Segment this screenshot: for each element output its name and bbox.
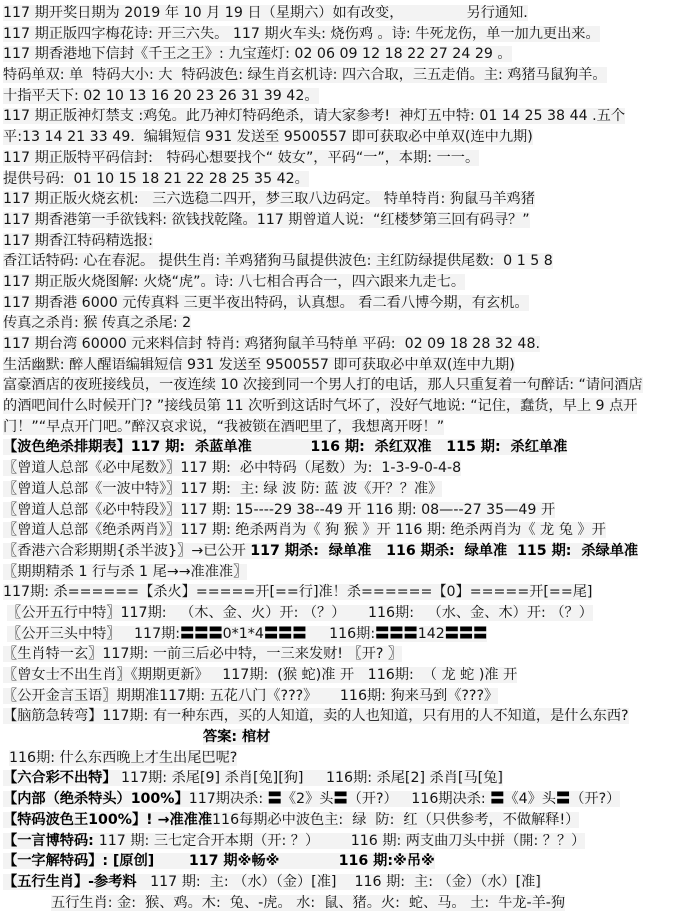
text-segment: 五行生肖: 金: 猴、鸡。木: 兔、-虎。 水: 鼠、猪。火: 蛇、马。 土: …: [51, 895, 565, 911]
text-segment: 117 期香港地下信封《千王之王》: 九宝莲灯: 02 06 09 12 18 …: [3, 46, 512, 62]
text-segment: 117 期正版特平码信封: 特码心想要找个“ 妓女”，平码“一”，本期: 一一。: [3, 150, 479, 166]
neibu-juesha-tetou-line: 【内部（绝杀特头）100%】117期决杀: 〓《2》头〓（开?） 116期决杀:…: [3, 789, 688, 810]
text-segment: （开?） 116期决杀:: [348, 791, 491, 807]
provided-numbers-line: 提供号码: 01 10 15 18 21 22 28 25 35 42。: [3, 169, 688, 190]
text-segment: 十指平天下: 02 10 13 16 20 23 26 31 39 42。: [3, 88, 319, 104]
text-segment: 【一字解特码】: [原创] 117 期※畅※ 116 期:※吊※: [3, 853, 435, 869]
text-segment: 116期: 什么东西晚上才生出尾巴呢?: [9, 750, 237, 766]
text-segment: 117期: 杀======【杀火】=====开[==行]准！杀======【0】…: [3, 584, 592, 600]
riddle-answer-line: 答案: 棺材: [3, 727, 688, 748]
text-segment: 【六合彩不出特】: [3, 770, 117, 786]
text-segment: 【波色绝杀排期表】117 期: 杀蓝单准: [3, 439, 252, 455]
wuxing-shengxiao-detail-line: 五行生肖: 金: 猴、鸡。木: 兔、-虎。 水: 鼠、猪。火: 蛇、马。 土: …: [3, 893, 688, 914]
text-segment: 《4》头: [504, 791, 556, 807]
meihua-poem-line: 117 期正版四字梅花诗: 开三六失。 117 期火车头: 烧伤鸡 。诗: 牛死…: [3, 24, 688, 45]
text-segment: 【一言博特码:: [3, 833, 99, 849]
text-segment: 〖生肖特一玄〗117期: 一前三后必中特，一三来发财! 〖开? 〗: [3, 646, 402, 662]
chuanzhen-sha-line: 传真之杀肖: 猴 传真之杀尾: 2: [3, 313, 688, 334]
text-segment: 〖曾道人总部《必中尾数》〗117 期: 必中特码（尾数）为: 1-3-9-0-4…: [3, 460, 461, 476]
text-segment: 117期: 杀尾[9] 杀肖[兔][狗] 116期: 杀尾[2] 杀肖[马[兔]: [117, 770, 503, 786]
text-segment: 【特码波色王100%】! →准准准: [3, 812, 212, 828]
wuxing-shengxiao-header-line: 【五行生肖】-参考料 117 期: 主: （水）（金）[准] 116 期: 主:…: [3, 872, 688, 893]
text-segment: 香江话特码: 心在春泥。 提供生肖: 羊鸡猪狗马鼠提供波色: 主红防绿提供尾数:…: [3, 253, 553, 269]
humor-story-line-1: 富豪酒店的夜班接线员，一夜连续 10 次接到同一个男人打的电话，那人只重复着一句…: [3, 375, 688, 396]
naojin-riddle-line: 【脑筋急转弯】117期: 有一种东西，买的人知道，卖的人也知道，只有用的人不知道…: [3, 706, 688, 727]
shengxiao-teyixuan-line: 〖生肖特一玄〗117期: 一前三后必中特，一三来发财! 〖开? 〗: [3, 644, 688, 665]
text-segment: 〖公开金言玉语〗期期准117期: 五花八门《???》 116期: 狗来马到《??…: [3, 688, 498, 704]
yibo-zhongte-line: 〖曾道人总部《一波中特》〗117 期: 主: 绿 波 防: 蓝 波《开？？准》: [3, 479, 688, 500]
text-segment: 0*1*4: [223, 626, 264, 642]
humor-story-line-3: 门！”“早点开门吧。”醉汉哀求说，“我被锁在酒吧里了，我想离开呀！”: [3, 417, 688, 438]
text-segment: 【脑筋急转弯】117期: 有一种东西，买的人知道，卖的人也知道，只有用的人不知道…: [3, 708, 629, 724]
shendeng-jinzhi-line: 117 期正版神灯禁支 :鸡兔。此乃神灯特码绝杀，请大家参考! 神灯五中特: 0…: [3, 106, 688, 127]
jingsha-detail-line: 117期: 杀======【杀火】=====开[==行]准！杀======【0】…: [3, 582, 688, 603]
juesha-liangxiao-line: 〖曾道人总部《绝杀两肖》〗117 期: 绝杀两肖为《 狗 猴 》开 116 期:…: [3, 520, 688, 541]
text-segment: 〓〓〓: [445, 626, 488, 642]
text-segment: 提供号码: 01 10 15 18 21 22 28 25 35 42。: [3, 171, 309, 187]
text-segment: 生活幽默: 醉人醒语编辑短信 931 发送至 9500557 即可获取必中单双(…: [3, 357, 515, 373]
text-segment: 〖公开三头中特〗 117期:: [7, 626, 180, 642]
shabanbo-line: 〖香港六合彩期期{杀半波}〗→已公开 117 期杀: 绿单准 116 期杀: 绿…: [3, 541, 688, 562]
text-segment: 117 期正版火烧玄机: 三六选稳二四开，梦三取八边码定。 特单特肖: 狗鼠马羊…: [3, 191, 535, 207]
huoshao-tujie-line: 117 期正版火烧图解: 火烧“虎”。诗: 八七相合再合一，四六跟来九走七。: [3, 272, 688, 293]
xiangjiang-report-line: 117 期香江特码精选报:: [3, 231, 688, 252]
text-segment: 门！”“早点开门吧。”醉汉哀求说，“我被锁在酒吧里了，我想离开呀！”: [3, 419, 444, 435]
humor-story-line-2: 的酒吧间什么时候开门? ”接线员第 11 次听到这话时气坏了，没好气地说: “记…: [3, 396, 688, 417]
bose-jueshao-line: 【波色绝杀排期表】117 期: 杀蓝单准 116 期: 杀红双准 115 期: …: [3, 437, 688, 458]
text-segment: 117 期杀: 绿单准 116 期杀: 绿单准 115 期: 杀绿单准: [250, 543, 638, 559]
text-segment: 〓〓〓: [180, 626, 223, 642]
text-segment: 〖期期精杀 1 行与杀 1 尾→→准准准〗: [3, 564, 247, 580]
text-segment: 116期:: [307, 626, 376, 642]
buchu-te-line: 【六合彩不出特】 117期: 杀尾[9] 杀肖[兔][狗] 116期: 杀尾[2…: [3, 768, 688, 789]
text-segment: 〖曾道人总部《必中特段》〗117 期: 15----29 38--49 开 11…: [3, 502, 555, 518]
text-segment: 116 期: 杀红双准 115 期: 杀红单准: [310, 439, 567, 455]
text-segment: 的酒吧间什么时候开门? ”接线员第 11 次听到这话时气坏了，没好气地说: “记…: [3, 398, 637, 414]
text-segment: 平:13 14 21 33 49. 编辑短信 931 发送至 9500557 即…: [3, 129, 533, 145]
text-segment: 〖曾女士不出生肖〗《期期更新》 117期: (猴 蛇)准 开 116期: （ 龙…: [3, 667, 517, 683]
humor-header-line: 生活幽默: 醉人醒语编辑短信 931 发送至 9500557 即可获取必中单双(…: [3, 355, 688, 376]
santou-zhongte-line: 〖公开三头中特〗 117期:〓〓〓0*1*4〓〓〓 116期:〓〓〓142〓〓〓: [3, 624, 688, 645]
text-segment: 富豪酒店的夜班接线员，一夜连续 10 次接到同一个男人打的电话，那人只重复着一句…: [3, 377, 643, 393]
yizi-jie-tema-line: 【一字解特码】: [原创] 117 期※畅※ 116 期:※吊※: [3, 851, 688, 872]
yiyan-bo-tema-line: 【一言博特码: 117 期: 三七定合开本期（开: ？） 116 期: 两支曲刀…: [3, 831, 688, 852]
text-segment: 116每期必中波色主: 绿 防: 红（只供参考，不做解释!）: [212, 812, 579, 828]
text-segment: 传真之杀肖: 猴 传真之杀尾: 2: [3, 315, 191, 331]
text-segment: 117 期香港 6000 元传真料 三更半夜出特码，认真想。 看二看八博今期，有…: [3, 295, 529, 311]
text-segment: 117 期台湾 60000 元来料信封 特肖: 鸡猪狗鼠羊马特单 平码: 02 …: [3, 336, 540, 352]
text-segment: 〓〓〓: [264, 626, 307, 642]
chuanzhen-liao-line: 117 期香港 6000 元传真料 三更半夜出特码，认真想。 看二看八博今期，有…: [3, 293, 688, 314]
bizhong-weishu-line: 〖曾道人总部《必中尾数》〗117 期: 必中特码（尾数）为: 1-3-9-0-4…: [3, 458, 688, 479]
xiangjiang-detail-line: 香江话特码: 心在春泥。 提供生肖: 羊鸡猪狗马鼠提供波色: 主红防绿提供尾数:…: [3, 251, 688, 272]
lottery-tip-sheet: 117 期开奖日期为 2019 年 10 月 19 日（星期六）如有改变， 另行…: [0, 0, 688, 917]
text-segment: 142: [418, 626, 445, 642]
tepingma-envelope-line: 117 期正版特平码信封: 特码心想要找个“ 妓女”，平码“一”，本期: 一一。: [3, 148, 688, 169]
hongkong-envelope-line: 117 期香港地下信封《千王之王》: 九宝莲灯: 02 06 09 12 18 …: [3, 44, 688, 65]
zengnvshi-line: 〖曾女士不出生肖〗《期期更新》 117期: (猴 蛇)准 开 116期: （ 龙…: [3, 665, 688, 686]
text-segment: 〓: [556, 791, 570, 807]
text-segment: 【五行生肖】-参考料: [3, 874, 137, 890]
wuxing-zhongte-line: 〖公开五行中特〗117期: （木、金、火）开: （？） 116期: （水、金、木…: [3, 603, 688, 624]
shizhi-numbers-line: 十指平天下: 02 10 13 16 20 23 26 31 39 42。: [3, 86, 688, 107]
text-segment: 〓〓〓: [375, 626, 418, 642]
shendeng-ping-line: 平:13 14 21 33 49. 编辑短信 931 发送至 9500557 即…: [3, 127, 688, 148]
text-segment: 117 期: 主: （水）（金）[准] 116 期: 主: （金）（水）[准]: [137, 874, 541, 890]
jinyan-yuyu-line: 〖公开金言玉语〗期期准117期: 五花八门《???》 116期: 狗来马到《??…: [3, 686, 688, 707]
text-segment: 答案: 棺材: [203, 729, 270, 745]
text-segment: 〖香港六合彩期期{杀半波}〗→已公开: [3, 543, 250, 559]
text-segment: 《2》头: [282, 791, 334, 807]
huoshao-xuanji-line: 117 期正版火烧玄机: 三六选稳二四开，梦三取八边码定。 特单特肖: 狗鼠马羊…: [3, 189, 688, 210]
text-segment: 〓: [490, 791, 504, 807]
text-segment: 〓: [333, 791, 347, 807]
text-segment: 〖曾道人总部《一波中特》〗117 期: 主: 绿 波 防: 蓝 波《开？？准》: [3, 481, 442, 497]
text-segment: 117 期正版四字梅花诗: 开三六失。 117 期火车头: 烧伤鸡 。诗: 牛死…: [3, 26, 600, 42]
draw-date-notice: 117 期开奖日期为 2019 年 10 月 19 日（星期六）如有改变， 另行…: [3, 3, 688, 24]
text-segment: 〖曾道人总部《绝杀两肖》〗117 期: 绝杀两肖为《 狗 猴 》开 116 期:…: [3, 522, 606, 538]
taiwan-lailiao-line: 117 期台湾 60000 元来料信封 特肖: 鸡猪狗鼠羊马特单 平码: 02 …: [3, 334, 688, 355]
text-segment: 特码单双: 单 特码大小: 大 特码波色: 绿生肖玄机诗: 四六合取，三五走俏。…: [3, 67, 607, 83]
text-segment: 117 期: 三七定合开本期（开: ？） 116 期: 两支曲刀头中拼（開: ？…: [99, 833, 586, 849]
text-segment: 117 期正版神灯禁支 :鸡兔。此乃神灯特码绝杀，请大家参考! 神灯五中特: 0…: [3, 108, 625, 124]
tema-bose-wang-line: 【特码波色王100%】! →准准准116每期必中波色主: 绿 防: 红（只供参考…: [3, 810, 688, 831]
text-segment: 117期决杀:: [189, 791, 268, 807]
yuqian-liao-line: 117 期香港第一手欲钱料: 欲钱找乾隆。117 期曾道人说: “红楼梦第三回有…: [3, 210, 688, 231]
bizhong-teduan-line: 〖曾道人总部《必中特段》〗117 期: 15----29 38--49 开 11…: [3, 500, 688, 521]
tema-danshuang-line: 特码单双: 单 特码大小: 大 特码波色: 绿生肖玄机诗: 四六合取，三五走俏。…: [3, 65, 688, 86]
text-segment: 〖公开五行中特〗117期: （木、金、火）开: （？） 116期: （水、金、木…: [7, 605, 593, 621]
text-segment: 117 期正版火烧图解: 火烧“虎”。诗: 八七相合再合一，四六跟来九走七。: [3, 274, 465, 290]
jingsha-header-line: 〖期期精杀 1 行与杀 1 尾→→准准准〗: [3, 562, 688, 583]
text-segment: 【内部（绝杀特头）100%】: [3, 791, 189, 807]
text-segment: 117 期开奖日期为 2019 年 10 月 19 日（星期六）如有改变， 另行…: [3, 5, 528, 21]
text-segment: 117 期香江特码精选报:: [3, 233, 153, 249]
text-segment: 117 期香港第一手欲钱料: 欲钱找乾隆。117 期曾道人说: “红楼梦第三回有…: [3, 212, 530, 228]
text-segment: 〓: [268, 791, 282, 807]
text-segment: [252, 439, 311, 455]
text-segment: （开?）: [570, 791, 620, 807]
riddle-116-line: 116期: 什么东西晚上才生出尾巴呢?: [3, 748, 688, 769]
